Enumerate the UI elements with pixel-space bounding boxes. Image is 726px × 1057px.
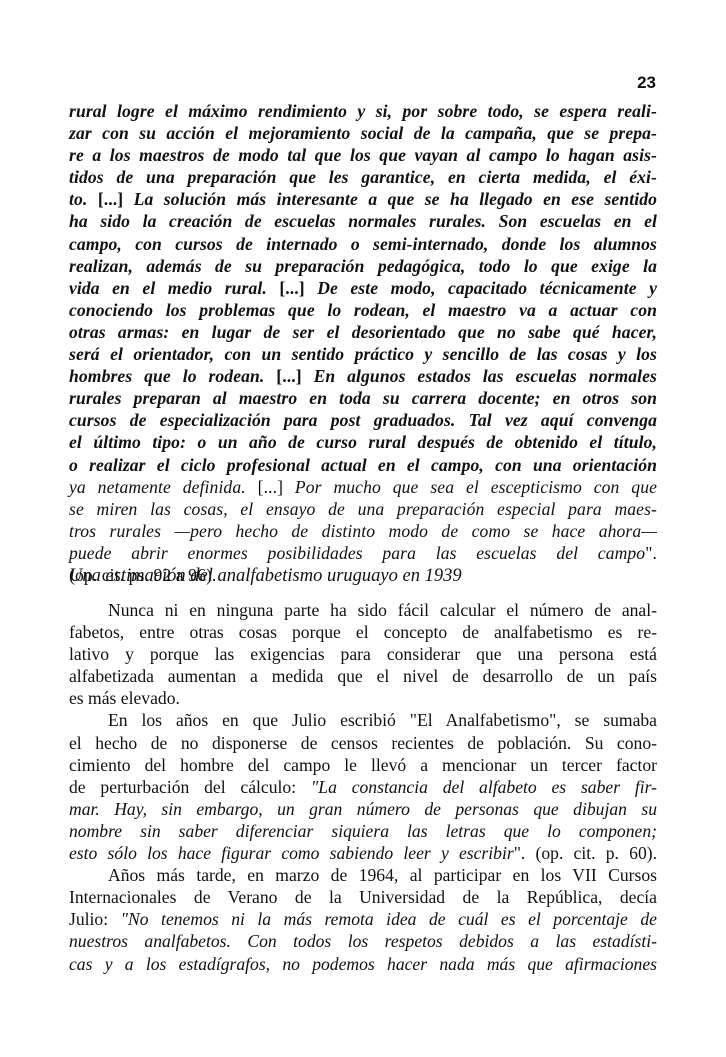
text-segment: o realizar el ciclo profesional actual e… <box>69 455 657 475</box>
text-segment: alfabetizada aumentan a medida que el ni… <box>69 666 657 686</box>
text-line: el hecho de no disponerse de censos reci… <box>69 732 657 754</box>
text-segment: otras armas: en lugar de ser el desorien… <box>69 322 657 342</box>
text-segment: [...] <box>279 278 317 298</box>
text-segment: En algunos estados las escuelas normales <box>314 366 657 386</box>
page-number: 23 <box>600 73 656 93</box>
text-segment: será el orientador, con un sentido práct… <box>69 344 657 364</box>
text-segment: tros rurales —pero hecho de distinto mod… <box>69 521 657 541</box>
text-segment: lativo y porque las exigencias para cons… <box>69 644 657 664</box>
text-segment: [...] <box>276 366 313 386</box>
text-segment: rurales preparan al maestro en toda su c… <box>69 388 657 408</box>
text-line: otras armas: en lugar de ser el desorien… <box>69 321 657 343</box>
text-line: tidos de una preparación que les garanti… <box>69 166 657 188</box>
text-segment: Nunca ni en ninguna parte ha sido fácil … <box>108 600 657 620</box>
text-line: esto sólo los hace figurar como sabiendo… <box>69 842 657 864</box>
text-segment: [...] <box>98 189 134 209</box>
text-segment: hombres que lo rodean. <box>69 366 276 386</box>
text-line: es más elevado. <box>69 687 657 709</box>
text-segment: cas y a los estadígrafos, no podemos hac… <box>69 954 657 974</box>
body-text: Nunca ni en ninguna parte ha sido fácil … <box>69 599 657 975</box>
text-line: mar. Hay, sin embargo, un gran número de… <box>69 798 657 820</box>
text-line: el último tipo: o un año de curso rural … <box>69 431 657 453</box>
text-line: Internacionales de Verano de la Universi… <box>69 886 657 908</box>
text-segment: es más elevado. <box>69 688 180 708</box>
text-line: campo, con cursos de internado o semi-in… <box>69 233 657 255</box>
text-line: cursos de especialización para post grad… <box>69 409 657 431</box>
document-page: 23 rural logre el máximo rendimiento y s… <box>0 0 726 1057</box>
text-segment: Años más tarde, en marzo de 1964, al par… <box>108 865 657 885</box>
text-segment: rural logre el máximo rendimiento y si, … <box>69 101 657 121</box>
text-segment: nuestros analfabetos. Con todos los resp… <box>69 931 657 951</box>
text-segment: cursos de especialización para post grad… <box>69 410 657 430</box>
text-line: rurales preparan al maestro en toda su c… <box>69 387 657 409</box>
text-segment: fabetos, entre otras cosas porque el con… <box>69 622 657 642</box>
text-segment: "No tenemos ni la más remota idea de cuá… <box>121 909 657 929</box>
text-line: conociendo los problemas que lo rodean, … <box>69 299 657 321</box>
text-segment: conociendo los problemas que lo rodean, … <box>69 300 657 320</box>
text-line: fabetos, entre otras cosas porque el con… <box>69 621 657 643</box>
text-line: cimiento del hombre del campo le llevó a… <box>69 754 657 776</box>
text-line: Años más tarde, en marzo de 1964, al par… <box>69 864 657 886</box>
text-line: cas y a los estadígrafos, no podemos hac… <box>69 953 657 975</box>
text-segment: vida en el medio rural. <box>69 278 279 298</box>
text-line: hombres que lo rodean. [...] En algunos … <box>69 365 657 387</box>
block-quote: rural logre el máximo rendimiento y si, … <box>69 100 657 586</box>
text-line: o realizar el ciclo profesional actual e… <box>69 454 657 476</box>
text-line: re a los maestros de modo tal que los qu… <box>69 144 657 166</box>
text-segment: de perturbación del cálculo: <box>69 777 311 797</box>
text-segment: esto sólo los hace figurar como sabiendo… <box>69 843 514 863</box>
text-line: En los años en que Julio escribió "El An… <box>69 709 657 731</box>
section-heading: Una estimación del analfabetismo uruguay… <box>69 564 657 588</box>
text-segment: ". (op. cit. p. 60). <box>514 843 657 863</box>
text-line: alfabetizada aumentan a medida que el ni… <box>69 665 657 687</box>
text-line: Julio: "No tenemos ni la más remota idea… <box>69 908 657 930</box>
text-segment: En los años en que Julio escribió "El An… <box>108 710 657 730</box>
text-segment: ya netamente definida. <box>69 477 258 497</box>
text-segment: Por mucho que sea el escepticismo con qu… <box>295 477 657 497</box>
text-segment: La solución más interesante a que se ha … <box>134 189 657 209</box>
text-line: será el orientador, con un sentido práct… <box>69 343 657 365</box>
text-segment: zar con su acción el mejoramiento social… <box>69 123 657 143</box>
text-line: realizan, además de su preparación pedag… <box>69 255 657 277</box>
text-line: nombre sin saber diferenciar siquiera la… <box>69 820 657 842</box>
text-segment: realizan, además de su preparación pedag… <box>69 256 657 276</box>
text-segment: cimiento del hombre del campo le llevó a… <box>69 755 657 775</box>
text-line: se miren las cosas, el ensayo de una pre… <box>69 498 657 520</box>
text-segment: ". <box>645 543 657 563</box>
text-segment: campo, con cursos de internado o semi-in… <box>69 234 657 254</box>
text-segment: tidos de una preparación que les garanti… <box>69 167 657 187</box>
text-segment: se miren las cosas, el ensayo de una pre… <box>69 499 657 519</box>
text-line: lativo y porque las exigencias para cons… <box>69 643 657 665</box>
text-line: puede abrir enormes posibilidades para l… <box>69 542 657 564</box>
text-segment: De este modo, capacitado técnicamente y <box>317 278 657 298</box>
text-line: nuestros analfabetos. Con todos los resp… <box>69 930 657 952</box>
text-segment: nombre sin saber diferenciar siquiera la… <box>69 821 657 841</box>
text-segment: puede abrir enormes posibilidades para l… <box>69 543 645 563</box>
text-segment: re a los maestros de modo tal que los qu… <box>69 145 657 165</box>
text-segment: [...] <box>258 477 295 497</box>
text-line: Nunca ni en ninguna parte ha sido fácil … <box>69 599 657 621</box>
text-segment: Julio: <box>69 909 121 929</box>
text-segment: Internacionales de Verano de la Universi… <box>69 887 657 907</box>
text-line: tros rurales —pero hecho de distinto mod… <box>69 520 657 542</box>
text-line: de perturbación del cálculo: "La constan… <box>69 776 657 798</box>
text-line: rural logre el máximo rendimiento y si, … <box>69 100 657 122</box>
text-segment: el hecho de no disponerse de censos reci… <box>69 733 657 753</box>
text-line: zar con su acción el mejoramiento social… <box>69 122 657 144</box>
text-line: ha sido la creación de escuelas normales… <box>69 210 657 232</box>
text-segment: mar. Hay, sin embargo, un gran número de… <box>69 799 657 819</box>
text-segment: ha sido la creación de escuelas normales… <box>69 211 657 231</box>
text-line: vida en el medio rural. [...] De este mo… <box>69 277 657 299</box>
text-line: ya netamente definida. [...] Por mucho q… <box>69 476 657 498</box>
text-segment: el último tipo: o un año de curso rural … <box>69 432 657 452</box>
text-segment: "La constancia del alfabeto es saber fir… <box>311 777 657 797</box>
text-segment: to. <box>69 189 98 209</box>
text-line: to. [...] La solución más interesante a … <box>69 188 657 210</box>
